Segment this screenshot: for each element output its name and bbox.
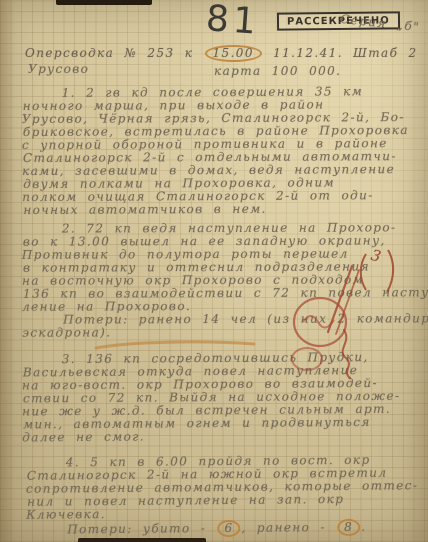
losses-line: Потери: убито - 6, ранено - 8. xyxy=(27,518,423,538)
circled-killed-count: 6 xyxy=(217,520,240,537)
losses-line: Потери: ранено 14 чел (из них 2 командир… xyxy=(23,312,419,326)
circled-time: 15.00 xyxy=(205,45,262,62)
paragraph-line: Сталиногорск 2-й с отдельными автоматчи- xyxy=(23,150,419,165)
circled-wounded-count: 8 xyxy=(337,519,360,536)
report-title: Оперсводка № 253 к xyxy=(25,46,204,60)
report-header-line: Оперсводка № 253 к 15.00 11.12.41. Штаб … xyxy=(25,45,427,62)
paragraph-line: 136 кп во взаимодействии с 72 кп повел н… xyxy=(23,286,419,300)
paragraph-2: 2. 72 кп ведя наступление на Прохоро- во… xyxy=(22,221,418,339)
scan-artifact-top xyxy=(56,0,152,5)
paragraph-4: 4. 5 кп в 6.00 пройдя по вост. окр Стали… xyxy=(26,453,423,538)
paragraph-3: 3. 136 кп сосредоточившись Прудки, Васил… xyxy=(22,351,419,445)
paragraph-line: ночного марша, при выходе в район xyxy=(23,98,419,113)
paragraph-line: Васильевская откуда повел наступление xyxy=(23,364,419,380)
paragraph-line: во к 13.00 вышел на ее западную окраину, xyxy=(23,234,419,248)
losses-mid: , ранено - xyxy=(241,520,336,535)
page-number: 81 xyxy=(205,0,262,43)
losses-end: . xyxy=(361,520,366,534)
paragraph-line: мин., автоматным огнем и продвинуться xyxy=(23,416,419,432)
losses-line: эскадрона). xyxy=(22,325,418,339)
orange-underline xyxy=(96,342,254,348)
paragraph-line: в контратаку и оттеснил подразделения xyxy=(23,260,419,274)
paragraph-line: двумя полками на Прохоровка, одним xyxy=(23,176,419,191)
paragraph-line: далее не смог. xyxy=(22,429,418,445)
losses-label: Потери: убито - xyxy=(67,521,216,536)
paragraph-1: 1. 2 гв кд после совершения 35 км ночног… xyxy=(22,85,419,217)
paragraph-line: ночных автоматчиков в нем. xyxy=(23,202,419,217)
report-header-rest: 11.12.41. Штаб 2 гв кд, xyxy=(263,46,428,60)
paragraph-line: бриковское, встретилась в районе Прохоро… xyxy=(23,124,419,139)
series-note: Серия „б" xyxy=(340,13,421,34)
scan-artifact-bottom xyxy=(78,538,206,542)
paragraph-line: ствии со 72 кп. Выйдя на исходное положе… xyxy=(23,390,419,406)
header-place: Урусово xyxy=(28,63,89,76)
scanned-report-page: 81 РАССЕКРЕЧЕНО Серия „б" Оперсводка № 2… xyxy=(0,0,428,542)
header-map-note: карта 100 000. xyxy=(214,65,341,78)
